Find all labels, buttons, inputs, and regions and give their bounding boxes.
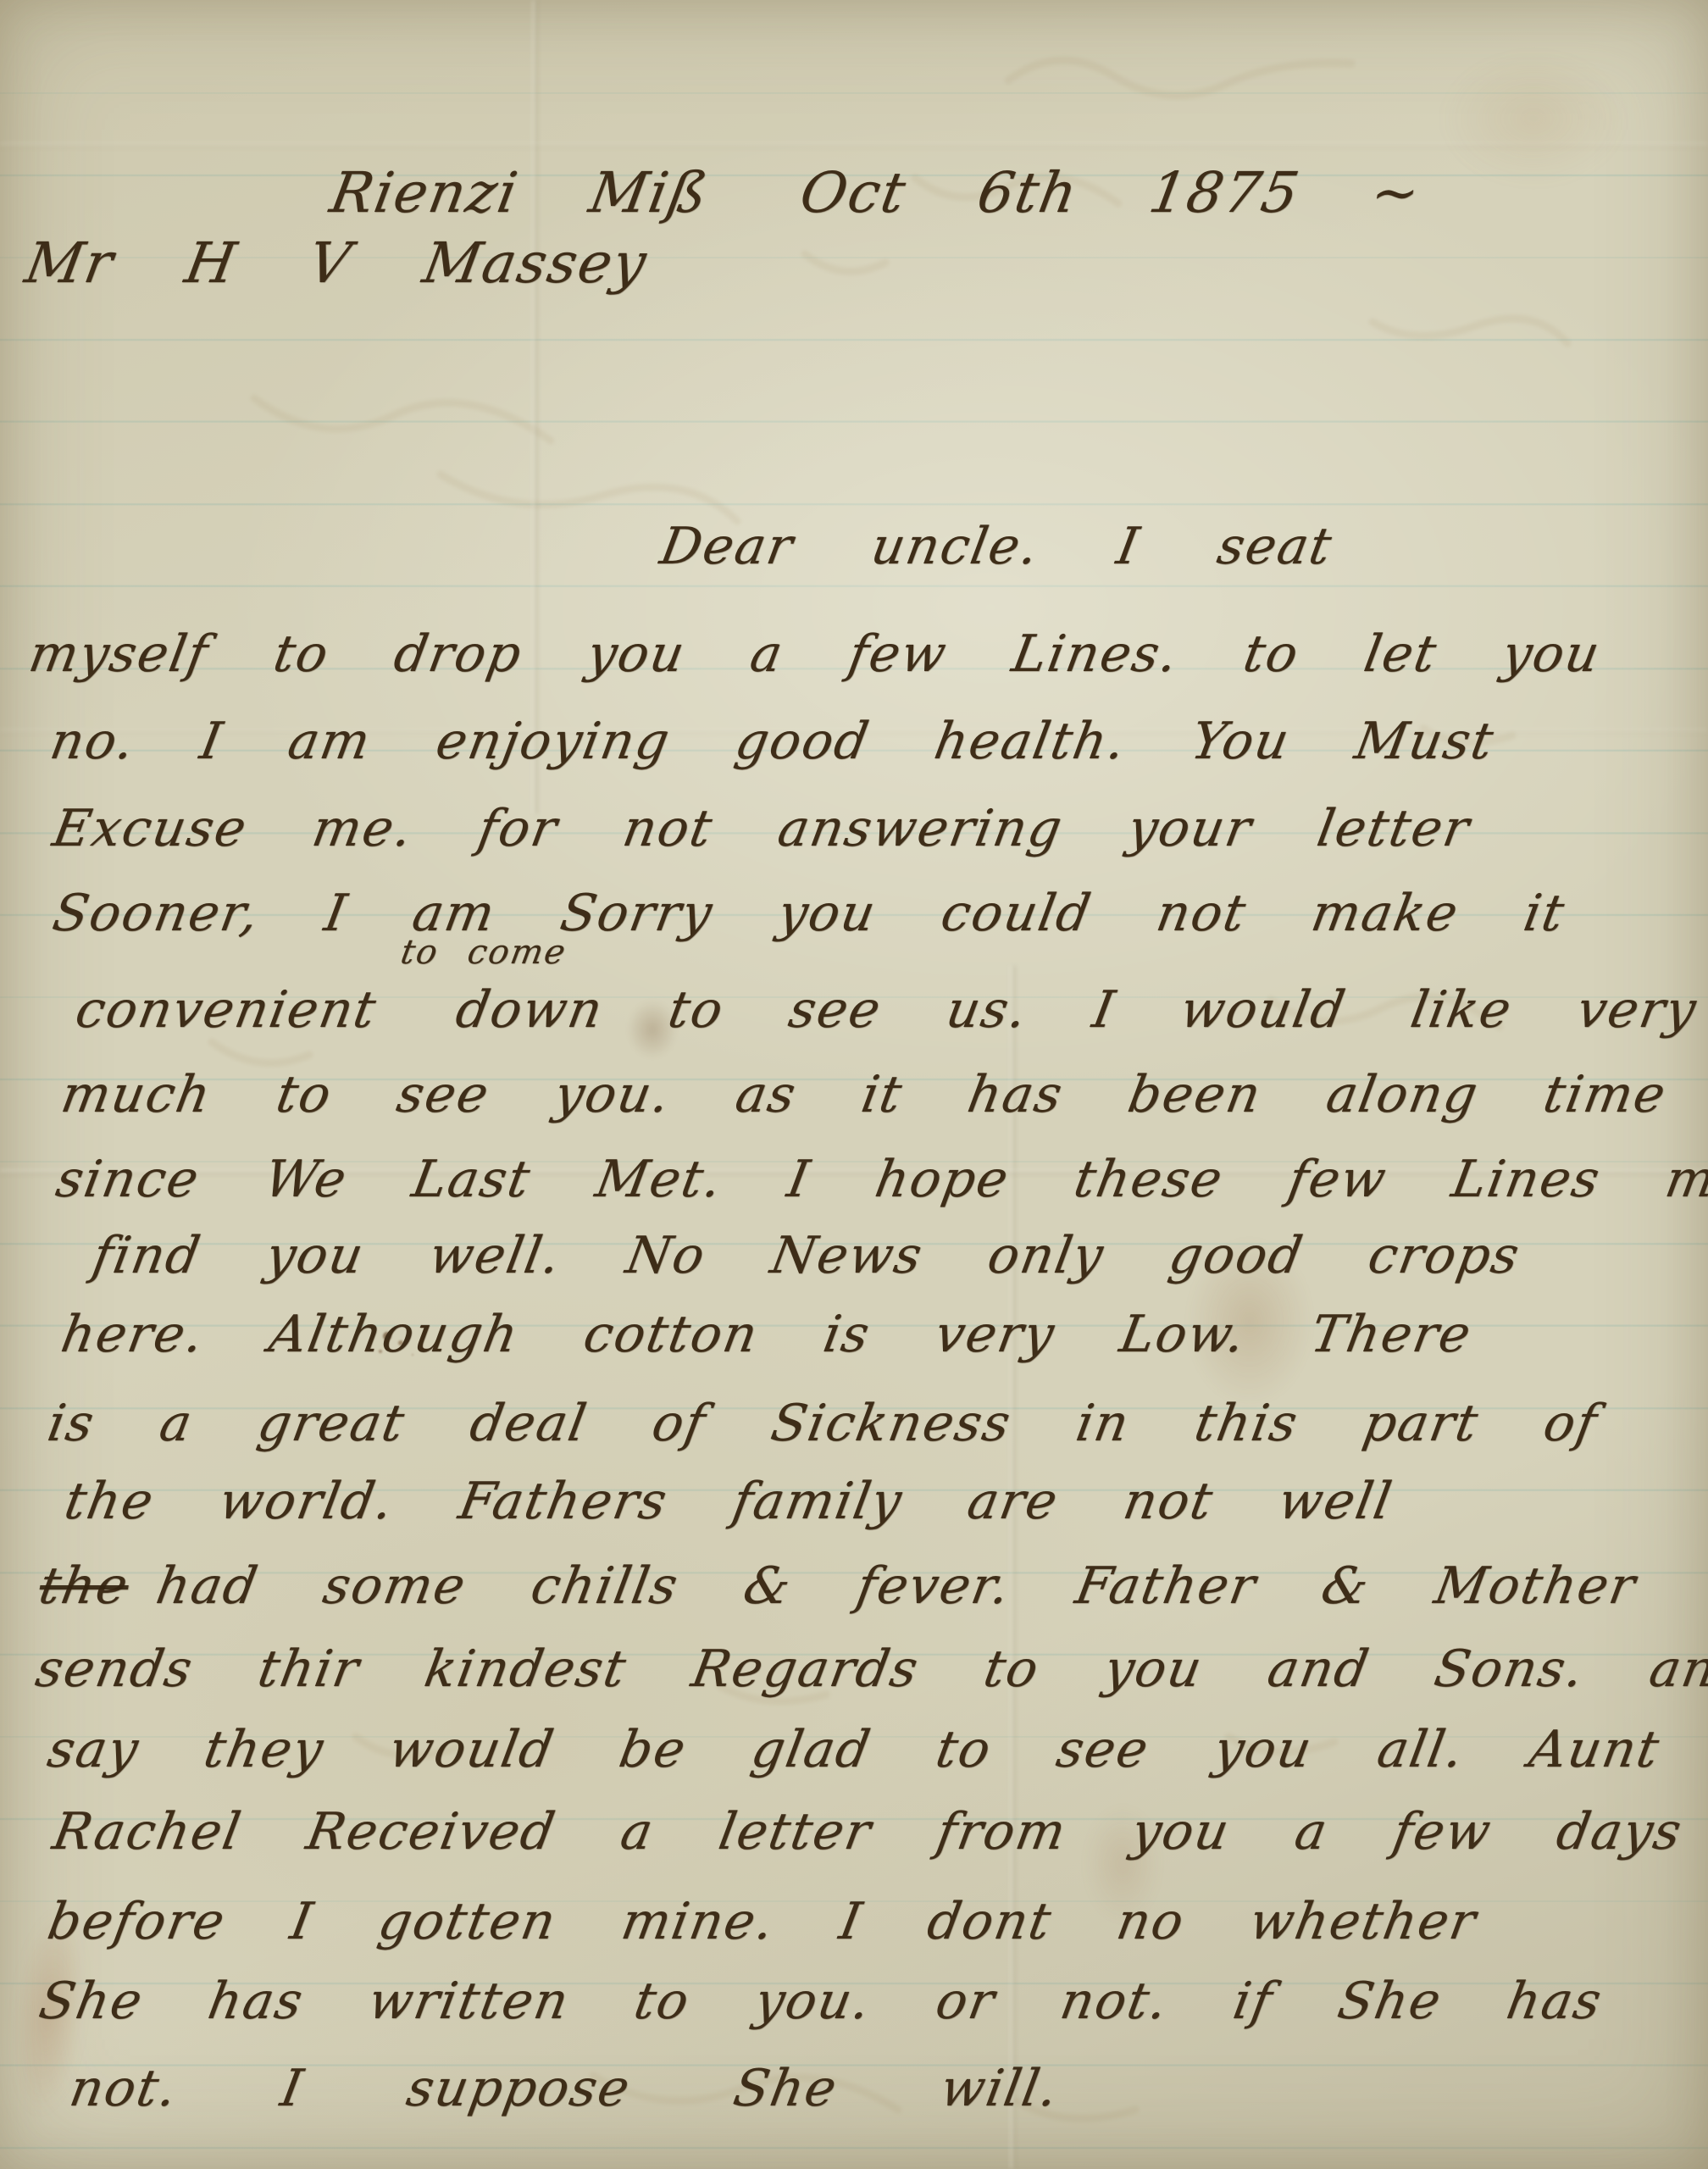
letter-line: She has written to you. or not. if She h… — [36, 1976, 1606, 2027]
letter-line: since We Last Met. I hope these few Line… — [53, 1154, 1708, 1205]
letter-line: is a great deal of Sickness in this part… — [44, 1398, 1602, 1449]
letter-line: before I gotten mine. I dont no whether — [44, 1896, 1481, 1947]
letter-line: the world. Fathers family are not well — [61, 1476, 1396, 1527]
letter-line: Excuse me. for not answering your letter — [49, 803, 1474, 854]
corner-stain — [1440, 51, 1627, 186]
line-lead: convenient — [71, 980, 381, 1040]
letter-line: myself to drop you a few Lines. to let y… — [25, 629, 1605, 680]
letter-line: here. Although cotton is very Low. There — [58, 1309, 1476, 1360]
line-rest: down to see us. I would like very — [452, 980, 1702, 1040]
fold-crease-vertical-upper — [532, 0, 538, 813]
struck-word: the — [35, 1556, 134, 1616]
letter-line: Rachel Received a letter from you a few … — [49, 1806, 1686, 1857]
letter-sheet: Rienzi MißOct 6th 1875 ~ Mr H V Massey D… — [0, 0, 1708, 2169]
letter-line: say they would be glad to see you all. A… — [44, 1724, 1664, 1775]
recipient-line: Mr H V Massey — [21, 236, 652, 291]
line-rest: had some chills & fever. Father & Mother — [152, 1556, 1640, 1616]
interline-insertion: to come — [398, 935, 569, 969]
letter-line: convenientdown to see us. I would like v… — [72, 985, 1701, 1035]
letter-line: Sooner, I am Sorry you could not make it — [49, 888, 1569, 939]
letter-line: much to see you. as it has been along ti… — [58, 1069, 1671, 1120]
letter-line: no. I am enjoying good health. You Must — [47, 716, 1498, 767]
salutation-line: Dear uncle. I seat — [657, 521, 1336, 572]
dateline: Rienzi MißOct 6th 1875 ~ — [326, 165, 1425, 221]
fold-crease-horizontal-top — [0, 142, 1708, 148]
letter-line: not. I suppose She will. — [66, 2063, 1062, 2114]
letter-line: find you well. No News only good crops — [89, 1230, 1524, 1281]
letter-line: sends thir kindest Regards to you and So… — [32, 1644, 1708, 1695]
place-text: Rienzi Miß — [325, 160, 713, 225]
letter-line: thehad some chills & fever. Father & Mot… — [36, 1561, 1640, 1611]
date-text: Oct 6th 1875 ~ — [796, 160, 1426, 225]
